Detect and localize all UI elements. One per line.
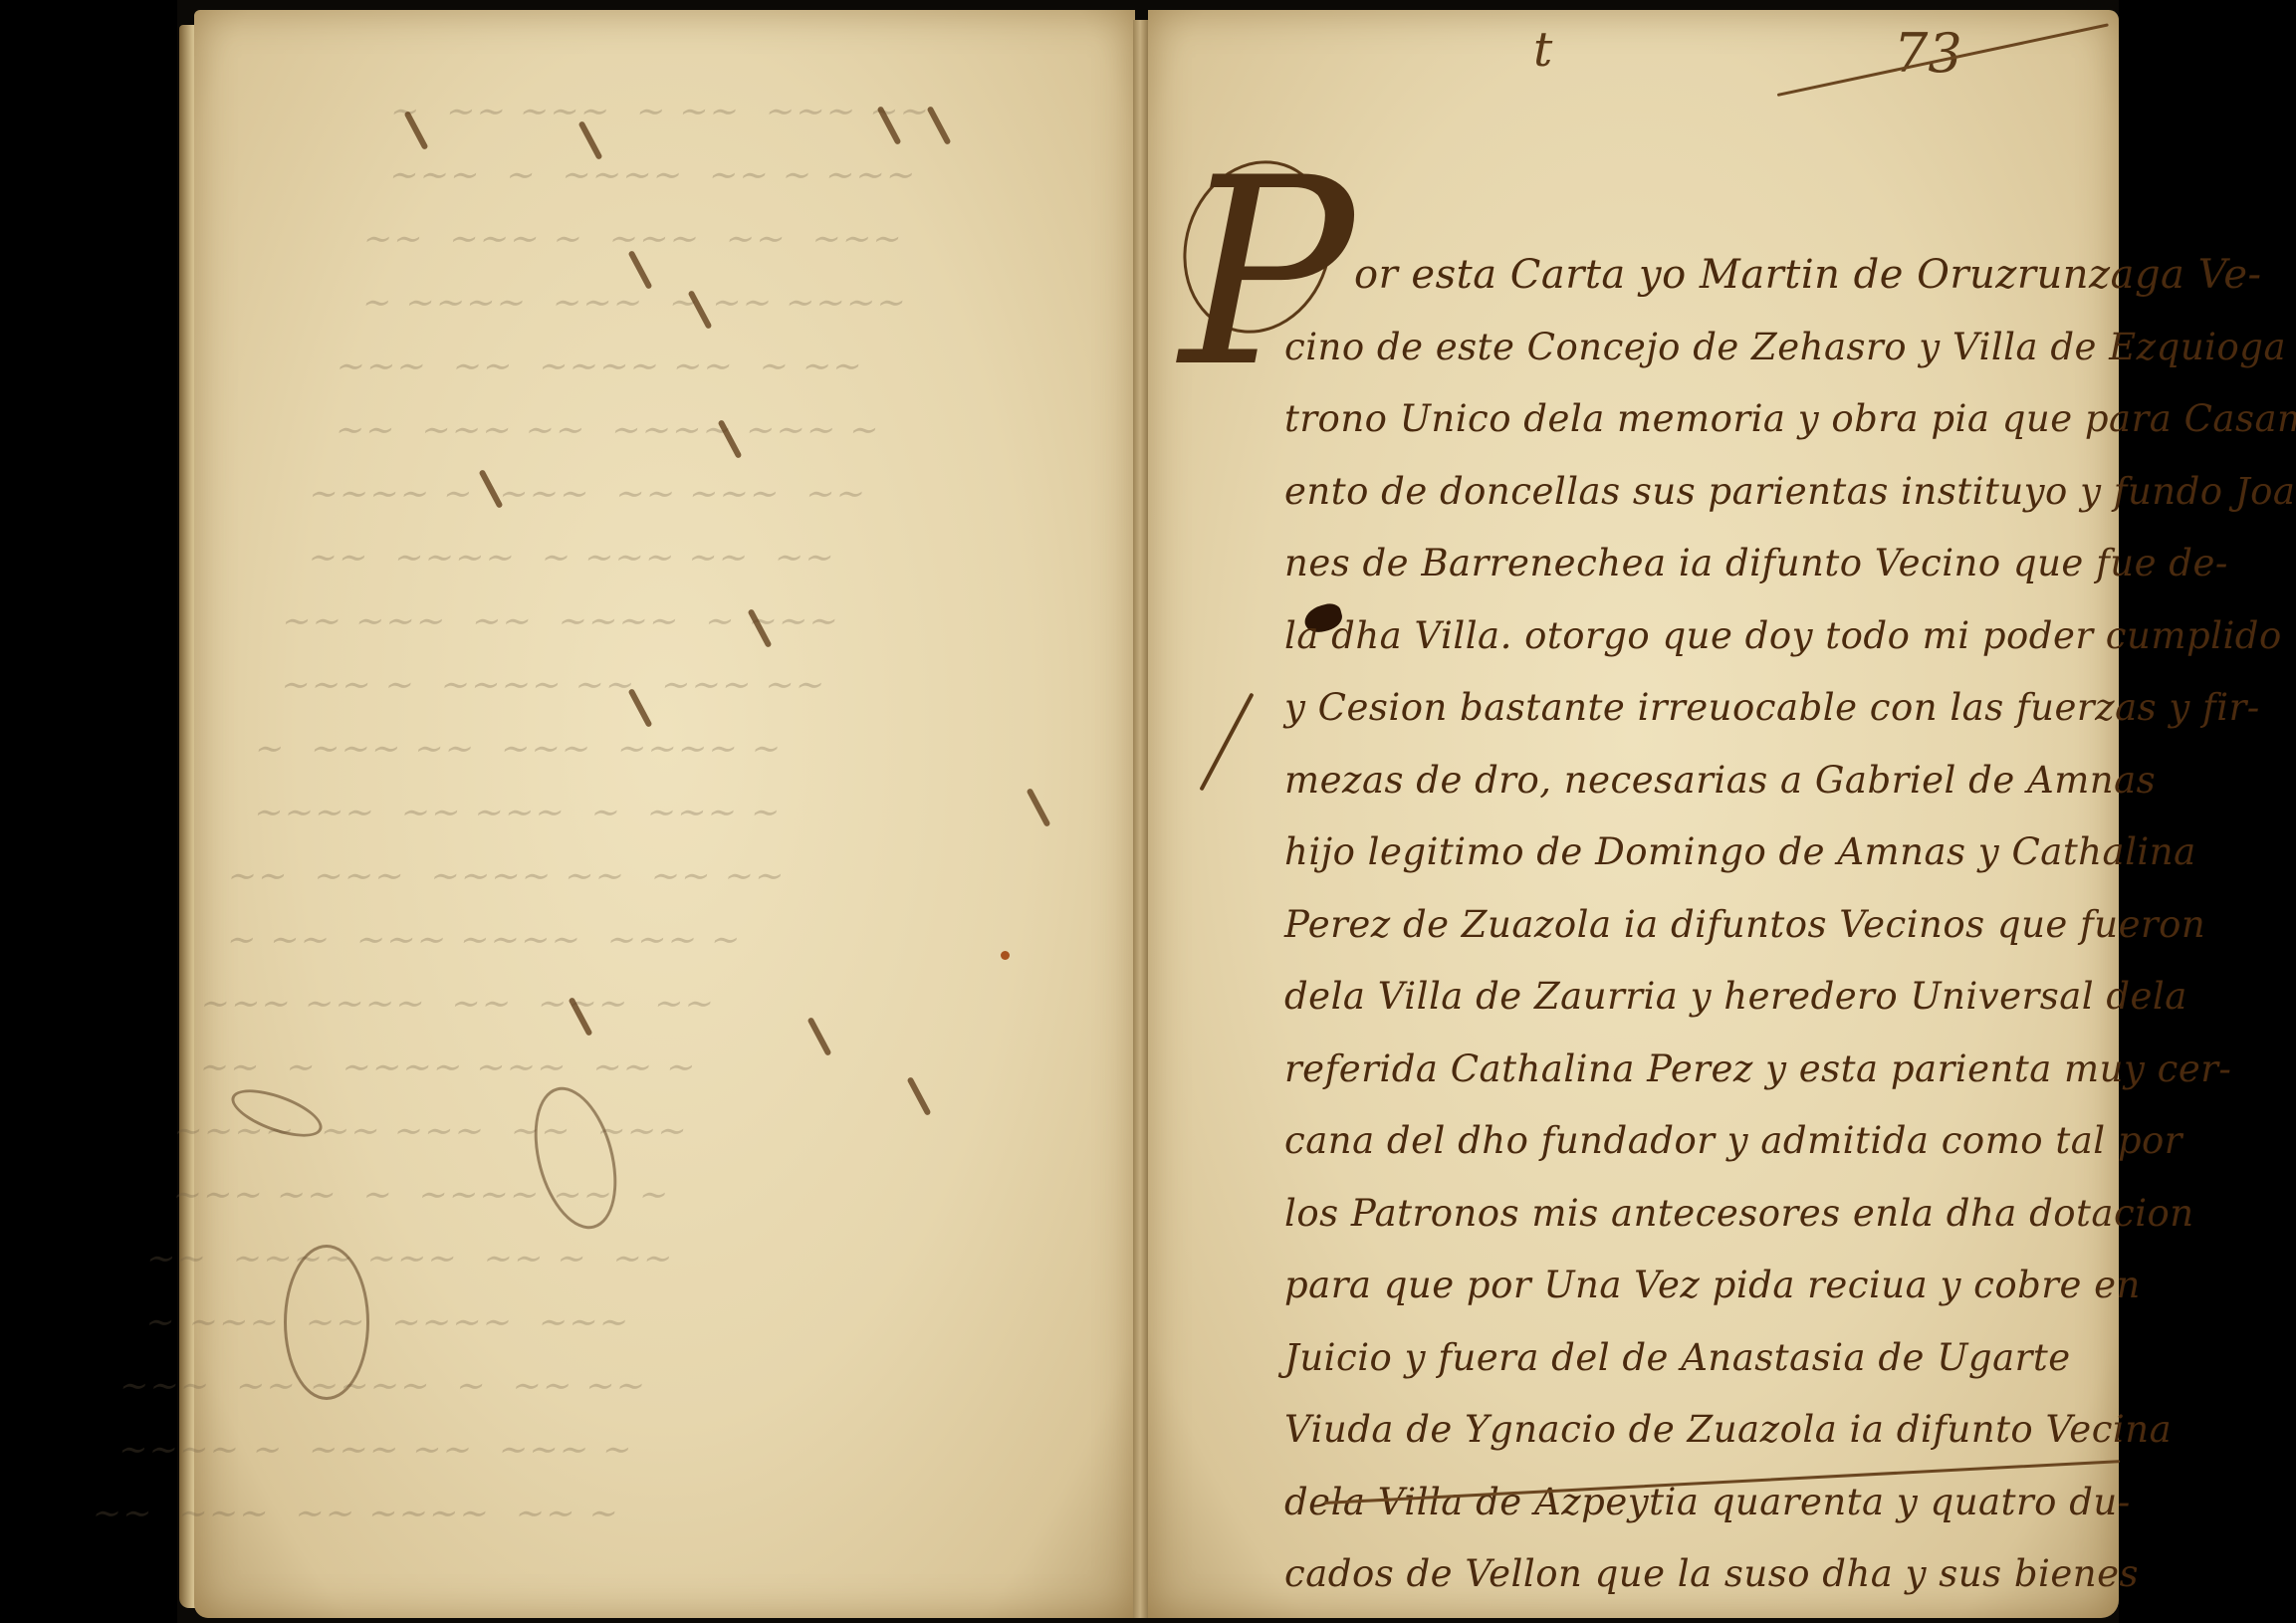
text-line: dela Villa de Zaurria y heredero Univers…: [1284, 961, 2111, 1034]
text-line: y Cesion bastante irreuocable con las fu…: [1284, 672, 2111, 745]
folio-number: 73: [1894, 22, 1962, 85]
text-line: Viuda de Ygnacio de Zuazola ia difunto V…: [1284, 1394, 2111, 1467]
book-gutter: [1133, 20, 1149, 1618]
text-line: Juicio y fuera del de Anastasia de Ugart…: [1284, 1322, 2111, 1395]
text-line: mezas de dro, necesarias a Gabriel de Am…: [1284, 745, 2111, 817]
text-line: cana del dho fundador y admitida como ta…: [1284, 1105, 2111, 1178]
text-line: la dha Villa. otorgo que doy todo mi pod…: [1284, 600, 2111, 673]
text-line: nes de Barrenechea ia difunto Vecino que…: [1284, 528, 2111, 600]
manuscript-text: or esta Carta yo Martin de Oruzrunzaga V…: [1284, 239, 2111, 1611]
text-line: referida Cathalina Perez y esta parienta…: [1284, 1034, 2111, 1106]
text-line: hijo legitimo de Domingo de Amnas y Cath…: [1284, 816, 2111, 889]
text-line: Perez de Zuazola ia difuntos Vecinos que…: [1284, 889, 2111, 962]
text-line: dela Villa de Azpeytia quarenta y quatro…: [1284, 1467, 2111, 1539]
stain: [1001, 951, 1010, 960]
text-line: trono Unico dela memoria y obra pia que …: [1284, 383, 2111, 456]
text-line: los Patronos mis antecesores enla dha do…: [1284, 1178, 2111, 1251]
text-line: para que por Una Vez pida reciua y cobre…: [1284, 1250, 2111, 1322]
folio-mark: t: [1533, 22, 1552, 78]
text-line: or esta Carta yo Martin de Oruzrunzaga V…: [1284, 239, 2111, 312]
text-line: cados de Vellon que la suso dha y sus bi…: [1284, 1538, 2111, 1611]
signature-flourish: [284, 1245, 369, 1400]
text-line: ento de doncellas sus parientas instituy…: [1284, 456, 2111, 529]
text-line: cino de este Concejo de Zehasro y Villa …: [1284, 312, 2111, 384]
